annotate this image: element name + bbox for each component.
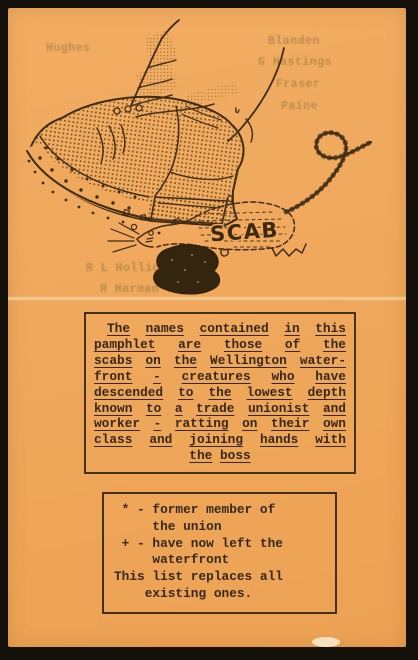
statement-line: pamphlet are those of the	[94, 337, 346, 353]
boot	[27, 97, 244, 226]
scan-background: Hughes Blanden G Hastings Fraser Paine R…	[0, 0, 418, 660]
legend-line: the union	[114, 519, 329, 536]
rat-hind-foot	[272, 244, 306, 256]
fold-crease	[8, 296, 406, 301]
legend-line: This list replaces all	[114, 569, 329, 586]
paper-blemish	[312, 637, 340, 647]
main-statement-box: The names contained in this pamphlet are…	[84, 312, 356, 474]
rat-tail	[286, 133, 371, 212]
statement-line: worker - ratting on their own	[94, 416, 346, 432]
statement-line: The names contained in this	[94, 321, 346, 337]
statement-line: scabs on the Wellington water-	[94, 353, 346, 369]
rat-paw-curl	[221, 249, 228, 256]
scab-label: SCAB	[209, 218, 279, 247]
legend-box: * - former member of the union + - have …	[102, 492, 337, 614]
pamphlet-page: Hughes Blanden G Hastings Fraser Paine R…	[8, 8, 406, 647]
boot-stomping-rat-illustration: SCAB	[8, 8, 406, 320]
legend-line: existing ones.	[114, 586, 329, 603]
squashed-blob	[154, 245, 220, 294]
legend-line: waterfront	[114, 552, 329, 569]
statement-line: class and joining hands with	[94, 432, 346, 448]
legend-line: * - former member of	[114, 502, 329, 519]
statement-line: known to a trade unionist and	[94, 401, 346, 417]
statement-line: descended to the lowest depth	[94, 385, 346, 401]
statement-line: front - creatures who have	[94, 369, 346, 385]
statement-line: the boss	[94, 448, 346, 464]
legend-line: + - have now left the	[114, 536, 329, 553]
